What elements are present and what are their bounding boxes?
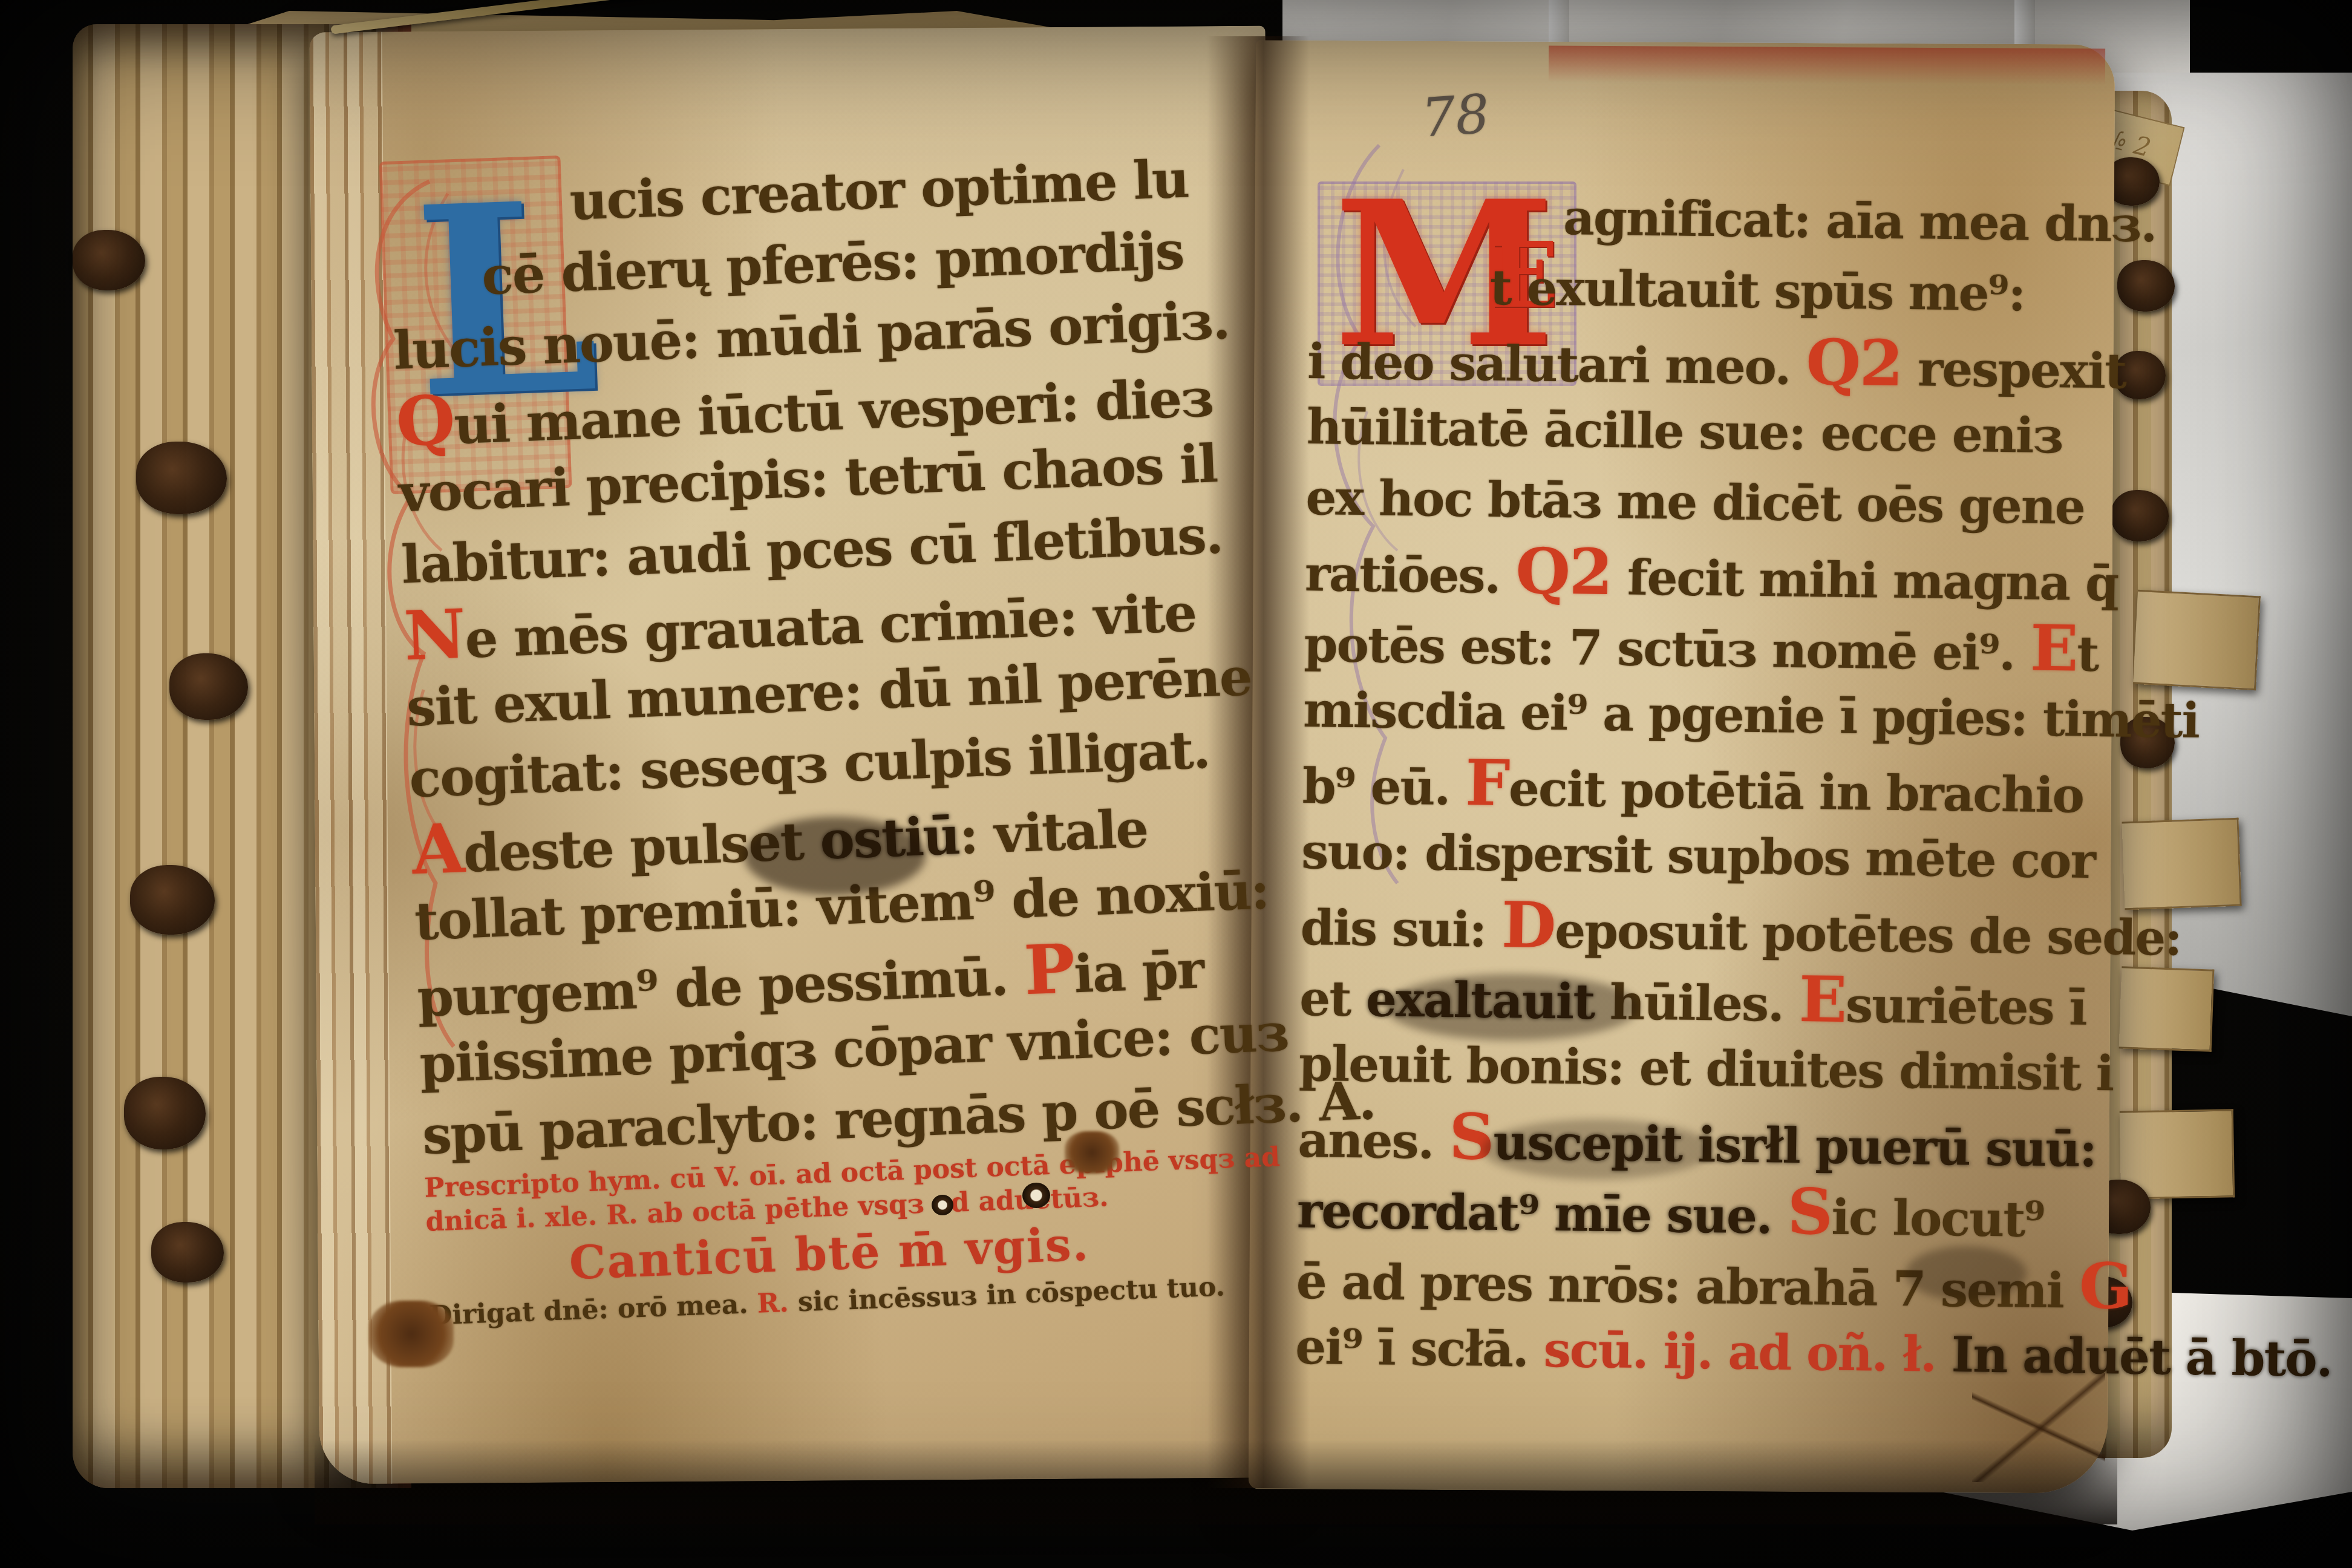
text-segment: S	[1449, 1099, 1494, 1174]
text-segment: fecit mihi magna q̄	[1612, 549, 2118, 612]
text-segment: ia p̄r	[1073, 939, 1204, 1005]
text-segment: E	[1798, 962, 1846, 1037]
manuscript-line: suo: dispersit supbos mēte cor	[1301, 816, 2088, 897]
text-segment: : vitale	[958, 799, 1149, 866]
bottom-shadow	[315, 1440, 2117, 1524]
text-segment: ei⁹ ī scłā.	[1295, 1318, 1544, 1378]
text-segment: N	[403, 595, 466, 676]
index-tab[interactable]	[2119, 966, 2215, 1051]
text-segment: et	[1299, 970, 1367, 1027]
text-segment: P	[1023, 929, 1076, 1010]
text-segment: potēs est: 7 sctūз nomē ei⁹.	[1304, 616, 2031, 682]
text-segment: A	[411, 809, 465, 890]
manuscript-line: potēs est: 7 sctūз nomē ei⁹. Et	[1304, 604, 2091, 684]
index-tab[interactable]	[2122, 818, 2242, 910]
index-tab[interactable]	[2133, 590, 2261, 690]
text-segment: Q2	[1515, 534, 1612, 609]
manuscript-line: b⁹ eū. Fecit potētiā in brachio	[1302, 745, 2089, 826]
photograph: № 2 L ucis creator optime lucē dierų pfe…	[0, 0, 2352, 1568]
text-segment: ex hoc btāз me dicēt oēs gene	[1305, 469, 2085, 535]
text-segment: Q	[395, 381, 456, 462]
manuscript-line: ratiōes. Q2 fecit mihi magna q̄	[1304, 533, 2091, 613]
text-segment: t	[2077, 626, 2099, 682]
text-segment: ratiōes.	[1304, 545, 1515, 604]
manuscript-line: dis sui: Deposuit potētes de sede:	[1300, 887, 2087, 967]
right-page-lines: agnificat: aīa mea dnз.t exultauit spūs …	[1295, 179, 2096, 1392]
binding-knot	[2111, 490, 2169, 541]
binding-knot	[151, 1222, 224, 1282]
red-edge-stain	[1549, 46, 2105, 85]
folio-number: 78	[1420, 82, 1492, 149]
text-segment: G	[2079, 1249, 2132, 1324]
text-segment: agnificat: aīa mea dnз.	[1563, 189, 2157, 253]
text-segment: ecit potētiā in brachio	[1509, 760, 2084, 824]
manuscript-line: agnificat: aīa mea dnз.	[1309, 179, 2096, 260]
text-segment: F	[1465, 745, 1509, 820]
stain-spot	[1065, 1131, 1119, 1174]
text-segment: dis sui:	[1300, 899, 1501, 958]
ink-smudge	[1482, 1119, 1712, 1180]
binding-knot	[124, 1077, 206, 1149]
text-segment: b⁹ eū.	[1302, 757, 1466, 816]
text-segment: miscdia ei⁹ a pgenie ī pgies: timēti	[1303, 681, 2200, 749]
manuscript-line: miscdia ei⁹ a pgenie ī pgies: timēti	[1303, 675, 2090, 755]
left-page-underleaves	[310, 32, 393, 1485]
stain-spot	[369, 1301, 454, 1367]
binding-knot	[73, 230, 145, 290]
text-segment: recordat⁹ mīe sue.	[1297, 1182, 1788, 1245]
ink-smudge	[1385, 974, 1639, 1040]
ink-smudge	[744, 817, 926, 895]
worm-hole	[932, 1195, 953, 1215]
manuscript-line: recordat⁹ mīe sue. Sic locut⁹	[1297, 1170, 2084, 1250]
binding-knot	[2117, 260, 2175, 312]
manuscript-line: i deo salutari meo. Q2 respexit	[1307, 321, 2094, 401]
text-segment: D	[1501, 887, 1555, 962]
text-segment: suo: dispersit supbos mēte cor	[1301, 823, 2095, 889]
text-segment: i deo salutari meo.	[1307, 333, 1806, 396]
text-segment: scū. ij. ad oñ. ł.	[1543, 1321, 1952, 1383]
text-segment: suriētes ī	[1846, 976, 2087, 1036]
text-segment: pleuit bonis: et diuites dimisit i	[1299, 1035, 2114, 1102]
binding-knot	[130, 865, 215, 935]
manuscript-line: ex hoc btāз me dicēt oēs gene	[1305, 462, 2092, 543]
text-segment: S	[1787, 1174, 1832, 1249]
text-segment: R.	[757, 1287, 789, 1319]
manuscript-line: hūilitatē ācille sue: ecce eniз	[1306, 391, 2093, 472]
manuscript-line: pleuit bonis: et diuites dimisit i	[1298, 1028, 2085, 1109]
ink-smudge	[1906, 1246, 2027, 1301]
text-segment: E	[2030, 611, 2077, 686]
text-segment: ic locut⁹	[1831, 1189, 2045, 1248]
binding-knot	[169, 653, 248, 720]
text-segment: eposuit potētes de sede:	[1555, 902, 2182, 967]
worm-hole	[1022, 1183, 1050, 1208]
text-segment: anes.	[1298, 1111, 1449, 1170]
binding-knot	[136, 442, 227, 514]
text-segment: respexit	[1902, 340, 2126, 400]
text-segment: Q2	[1806, 325, 1903, 400]
text-segment: t exultauit spūs me⁹:	[1489, 259, 2025, 322]
text-segment: hūilitatē ācille sue: ecce eniз	[1306, 398, 2063, 464]
manuscript-line: t exultauit spūs me⁹:	[1308, 250, 2095, 330]
manuscript-line: ei⁹ ī scłā. scū. ij. ad oñ. ł. In aduēt …	[1295, 1312, 2082, 1392]
